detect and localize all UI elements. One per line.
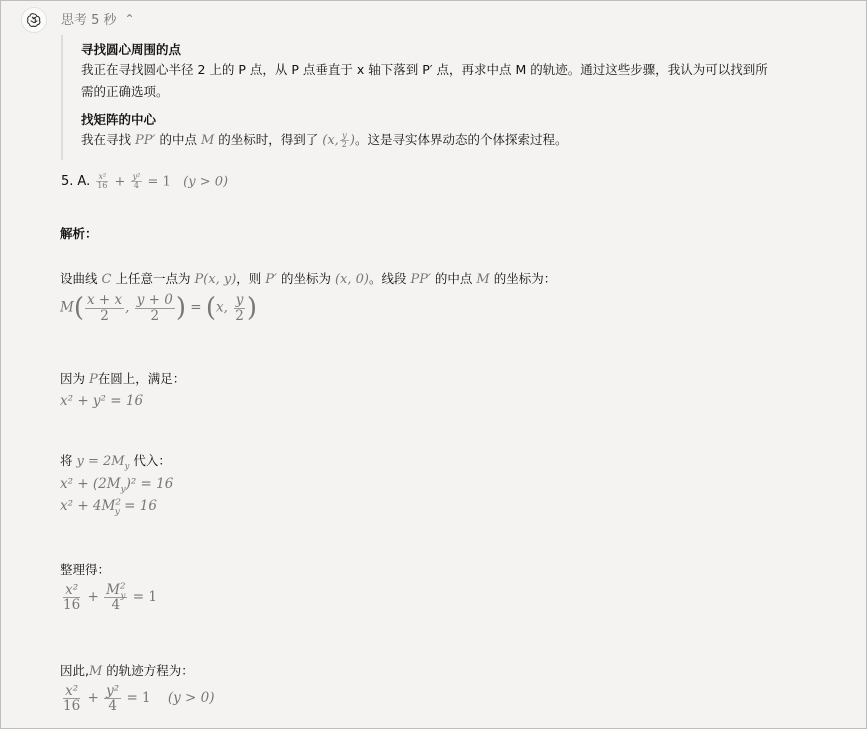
solution-paragraph-3: 将 y = 2My 代入：	[60, 451, 171, 469]
chevron-up-icon: ⌃	[125, 12, 135, 26]
openai-logo-icon	[26, 12, 42, 28]
answer-number: 5.	[61, 174, 73, 189]
solution-paragraph-2: 因为 P在圆上，满足：	[60, 369, 185, 387]
thought-text: 的中点	[159, 132, 197, 147]
solution-paragraph-5: 因此,M 的轨迹方程为：	[60, 661, 194, 679]
equation-final: x²16 + y²4 = 1 (y > 0)	[60, 684, 214, 713]
equation-expanded: x² + 4M2y = 16	[60, 498, 157, 514]
thought-text: 。这是寻实体界动态的个体探索过程。	[355, 132, 568, 147]
thinking-toggle[interactable]: 思考 5 秒 ⌃	[61, 9, 135, 28]
equation-simplified: x²16 + M2y4 = 1	[60, 583, 157, 612]
thought-title: 找矩阵的中心	[81, 111, 861, 129]
thought-body: 我正在寻找圆心半径 2 上的 P 点，从 P 点垂直于 x 轴下落到 P′ 点，…	[81, 59, 861, 103]
thought-section: 寻找圆心周围的点 我正在寻找圆心半径 2 上的 P 点，从 P 点垂直于 x 轴…	[81, 41, 861, 103]
thought-body: 我在寻找 PP′ 的中点 M 的坐标时，得到了 (x,y2)。这是寻实体界动态的…	[81, 129, 861, 152]
thought-text: 我正在寻找圆心半径 2 上的 P 点，从 P 点垂直于 x 轴下落到 P′ 点，…	[81, 59, 861, 81]
thought-text: 需的正确选项。	[81, 81, 861, 103]
answer-line: 5. A. x²16 + y²4 = 1 (y > 0)	[61, 173, 228, 191]
thought-title: 寻找圆心周围的点	[81, 41, 861, 59]
math-inline: PP′	[135, 133, 155, 148]
solution-heading: 解析：	[60, 224, 98, 242]
thinking-duration-label: 思考 5 秒	[61, 9, 117, 28]
answer-option: A.	[77, 174, 90, 189]
solution-paragraph-1: 设曲线 C 上任意一点为 P(x, y)，则 P′ 的坐标为 (x, 0)。线段…	[60, 269, 556, 287]
equation-midpoint: M(x + x2, y + 02) = (x, y2)	[60, 293, 257, 323]
math-inline: (x,y2)	[322, 133, 355, 148]
thinking-details: 寻找圆心周围的点 我正在寻找圆心半径 2 上的 P 点，从 P 点垂直于 x 轴…	[61, 35, 861, 160]
answer-formula: x²16 + y²4 = 1 (y > 0)	[94, 173, 228, 191]
assistant-avatar	[21, 7, 47, 33]
thought-section: 找矩阵的中心 我在寻找 PP′ 的中点 M 的坐标时，得到了 (x,y2)。这是…	[81, 111, 861, 152]
math-inline: M	[201, 133, 214, 148]
solution-paragraph-4: 整理得：	[60, 560, 110, 578]
thought-text: 的坐标时，得到了	[218, 132, 318, 147]
thought-text: 我在寻找	[81, 132, 131, 147]
equation-circle: x² + y² = 16	[60, 393, 143, 409]
equation-substituted: x² + (2My)² = 16	[60, 476, 173, 492]
